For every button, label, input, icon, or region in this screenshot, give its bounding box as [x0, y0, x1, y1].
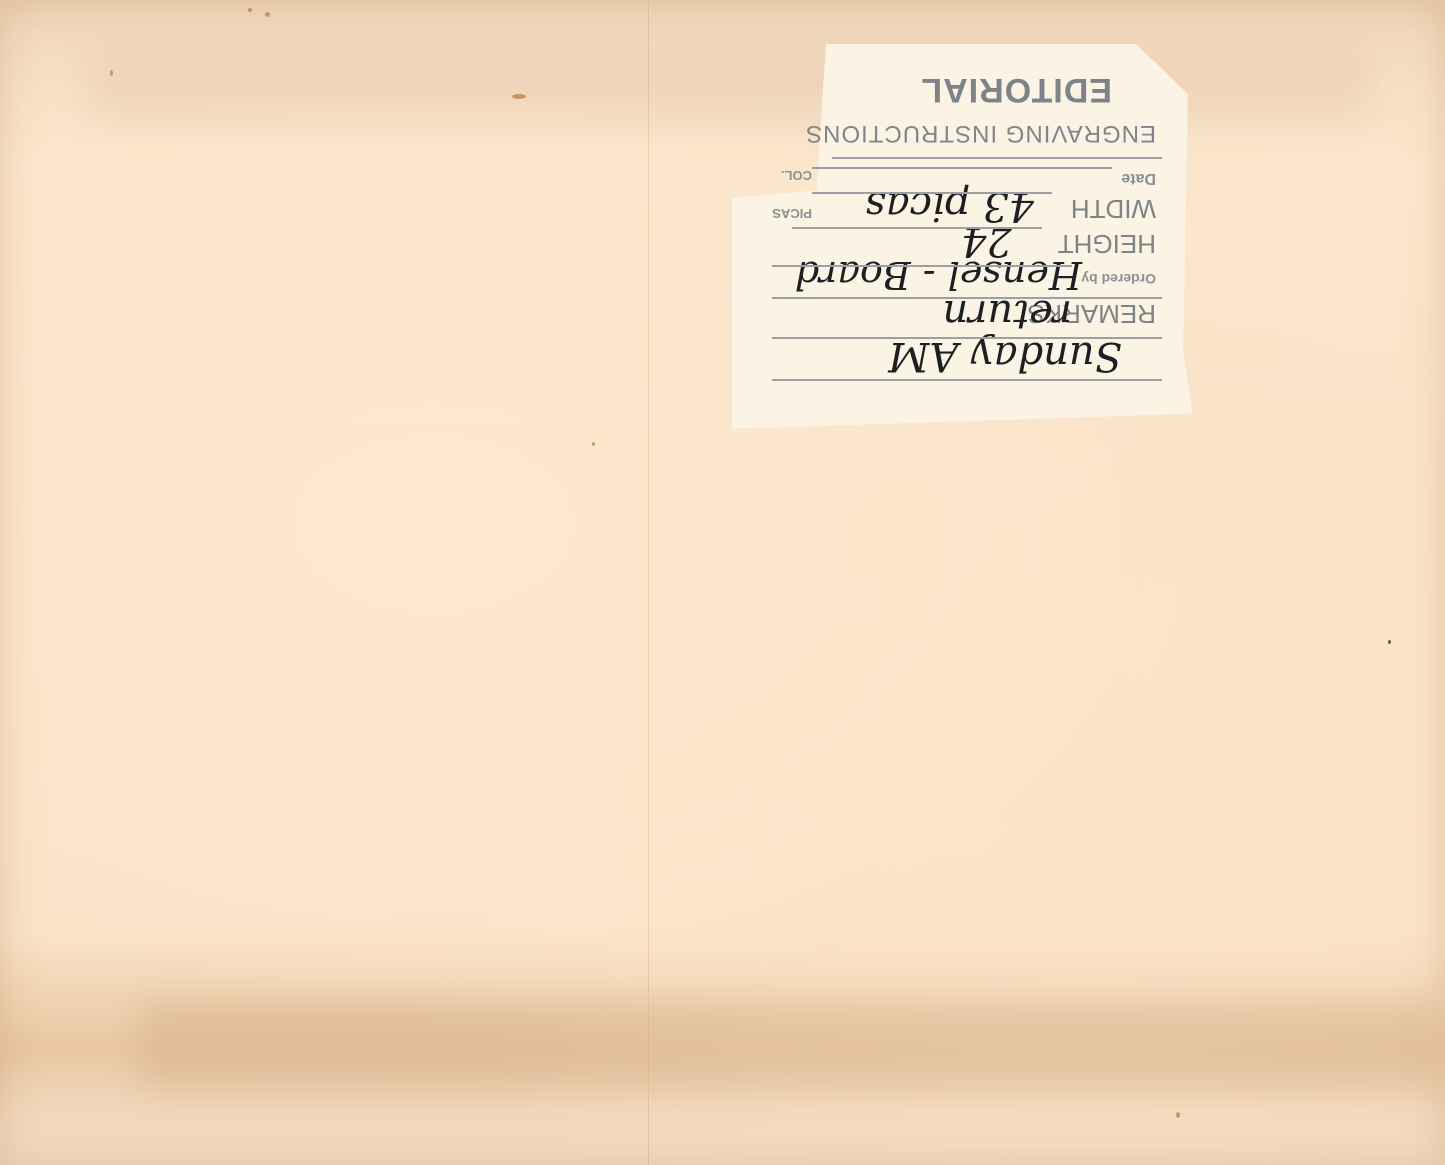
ordered-by-label: Ordered by: [1081, 271, 1156, 287]
rule-line: [812, 168, 1112, 170]
rule-line: [772, 380, 1162, 382]
rule-line: [772, 266, 1072, 268]
paper-crease: [648, 0, 649, 1165]
remarks-line-2: Sunday AM: [888, 333, 1122, 379]
engraving-instructions-label: EDITORIAL ENGRAVING INSTRUCTIONS Date CO…: [732, 44, 1202, 429]
rule-line: [772, 338, 1162, 340]
speck: [592, 442, 595, 446]
speck: [110, 70, 113, 76]
rule-line: [812, 193, 1052, 195]
rule-line: [832, 158, 1162, 160]
picas-label: PICAS: [772, 206, 812, 221]
speck: [248, 8, 252, 12]
speck: [1388, 640, 1391, 644]
speck: [265, 12, 270, 17]
rule-line: [792, 228, 1042, 230]
speck: [512, 94, 526, 99]
col-label: COL.: [781, 168, 812, 183]
stain-band-bottom: [140, 1000, 1440, 1090]
label-title: EDITORIAL: [920, 70, 1112, 109]
speck: [1176, 1112, 1180, 1118]
label-subtitle: ENGRAVING INSTRUCTIONS: [805, 119, 1156, 147]
edge-vignette: [0, 0, 1445, 1165]
photo-paper-back: [0, 0, 1445, 1165]
date-label: Date: [1121, 169, 1156, 187]
rule-line: [772, 298, 1162, 300]
width-label: WIDTH: [1071, 193, 1156, 224]
